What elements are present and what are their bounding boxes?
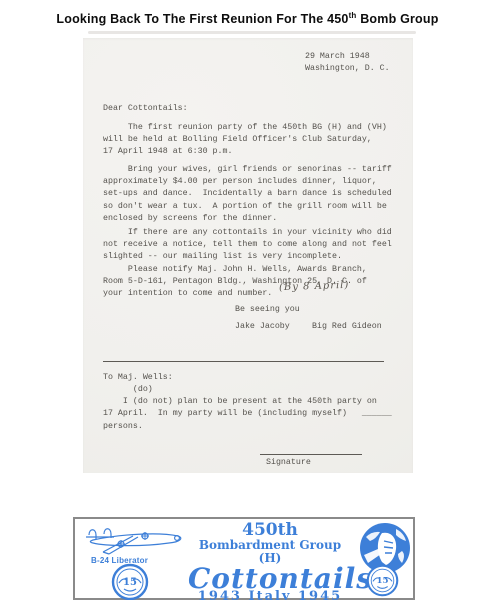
letter-scan: 29 March 1948Washington, D. C. Dear Cott… xyxy=(83,38,413,473)
signature-line xyxy=(260,454,362,455)
tear-off-divider xyxy=(103,361,384,362)
cottontails-banner: B-24 Liberator 15 450th Bombardment Grou… xyxy=(73,517,415,600)
memo-to: To Maj. Wells: xyxy=(103,372,173,384)
letter-closing: Be seeing you xyxy=(235,304,300,316)
emblem-15-number-left: 15 xyxy=(123,577,137,588)
letter-paragraph-1: The first reunion party of the 450th BG … xyxy=(103,122,387,159)
fifteenth-af-emblem-right-icon: 15 xyxy=(366,564,399,597)
banner-nickname: Cottontails xyxy=(188,565,352,592)
page-title-ordinal: th xyxy=(349,11,357,20)
letter-dateline: 29 March 1948Washington, D. C. xyxy=(305,51,390,75)
page-title: Looking Back To The First Reunion For Th… xyxy=(0,11,495,26)
scan-edge-artifact xyxy=(88,31,416,34)
b24-liberator-icon xyxy=(81,522,189,557)
letter-place: Washington, D. C. xyxy=(305,64,390,73)
letter-paragraph-3: If there are any cottontails in your vic… xyxy=(103,227,392,264)
fifteenth-af-emblem-left-icon: 15 xyxy=(111,563,149,600)
page-title-text: Looking Back To The First Reunion For Th… xyxy=(56,12,348,26)
letter-salutation: Dear Cottontails: xyxy=(103,103,188,115)
letter-paragraph-2: Bring your wives, girl friends or senori… xyxy=(103,164,392,225)
page-title-suffix: Bomb Group xyxy=(357,12,439,26)
emblem-15-number-right: 15 xyxy=(376,576,388,586)
banner-text-block: 450th Bombardment Group (H) Cottontails … xyxy=(188,521,352,600)
letter-date: 29 March 1948 xyxy=(305,52,370,61)
banner-group-number: 450th xyxy=(188,521,352,539)
memo-body: (do) I (do not) plan to be present at th… xyxy=(103,384,392,433)
banner-years: 1943 Italy 1945 xyxy=(188,590,352,600)
signer-left: Jake Jacoby xyxy=(235,321,290,333)
signature-label: Signature xyxy=(266,457,311,469)
signer-right: Big Red Gideon xyxy=(312,321,382,333)
page: Looking Back To The First Reunion For Th… xyxy=(0,0,495,600)
